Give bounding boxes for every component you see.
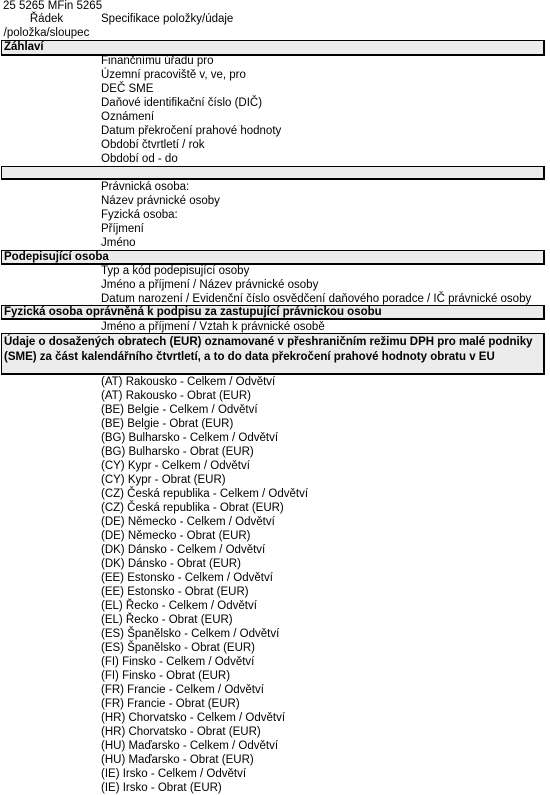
list-item: Jméno bbox=[101, 236, 136, 250]
list-item: (BG) Bulharsko - Celkem / Odvětví bbox=[101, 431, 278, 445]
list-item: Jméno a příjmení / Název právnické osoby bbox=[101, 278, 318, 292]
list-item: (BE) Belgie - Obrat (EUR) bbox=[101, 417, 233, 431]
list-item: Právnická osoba: bbox=[101, 180, 189, 194]
list-item: (CY) Kypr - Celkem / Odvětví bbox=[101, 459, 250, 473]
list-item: (AT) Rakousko - Celkem / Odvětví bbox=[101, 375, 275, 389]
list-item: (EL) Řecko - Celkem / Odvětví bbox=[101, 599, 257, 613]
list-item: (IE) Irsko - Celkem / Odvětví bbox=[101, 767, 246, 781]
list-item: (CY) Kypr - Obrat (EUR) bbox=[101, 473, 226, 487]
list-item: (HR) Chorvatsko - Obrat (EUR) bbox=[101, 725, 261, 739]
list-item: Územní pracoviště v, ve, pro bbox=[101, 68, 246, 82]
list-item: (DK) Dánsko - Obrat (EUR) bbox=[101, 557, 241, 571]
list-item: Daňové identifikační číslo (DIČ) bbox=[101, 96, 262, 110]
column-header-row: Řádek /položka/sloupec bbox=[0, 12, 93, 40]
list-item: (DE) Německo - Obrat (EUR) bbox=[101, 529, 251, 543]
list-item: (FI) Finsko - Celkem / Odvětví bbox=[101, 655, 254, 669]
section-header-empty bbox=[1, 166, 545, 180]
list-item: (FR) Francie - Celkem / Odvětví bbox=[101, 683, 264, 697]
list-item: (IE) Irsko - Obrat (EUR) bbox=[101, 781, 222, 795]
section-header-podepisujici-osoba: Podepisující osoba bbox=[1, 250, 545, 265]
list-item: (BG) Bulharsko - Obrat (EUR) bbox=[101, 445, 254, 459]
list-item: (HR) Chorvatsko - Celkem / Odvětví bbox=[101, 711, 285, 725]
section-header-fyzicka-osoba-opravnena: Fyzická osoba oprávněná k podpisu za zas… bbox=[1, 305, 545, 320]
list-item: (ES) Španělsko - Obrat (EUR) bbox=[101, 641, 255, 655]
section-header-line1: Údaje o dosažených obratech (EUR) oznamo… bbox=[4, 335, 543, 350]
list-item: (HU) Maďarsko - Celkem / Odvětví bbox=[101, 739, 278, 753]
section-header-udaje-o-obratech: Údaje o dosažených obratech (EUR) oznamo… bbox=[1, 333, 545, 375]
list-item: (AT) Rakousko - Obrat (EUR) bbox=[101, 389, 251, 403]
section-header-line2: (SME) za část kalendářního čtvrtletí, a … bbox=[4, 350, 543, 365]
list-item: (ES) Španělsko - Celkem / Odvětví bbox=[101, 627, 279, 641]
list-item: Oznámení bbox=[101, 110, 154, 124]
list-item: Období čtvrtletí / rok bbox=[101, 138, 205, 152]
list-item: (DK) Dánsko - Celkem / Odvětví bbox=[101, 543, 265, 557]
list-item: Finančnímu úřadu pro bbox=[101, 54, 214, 68]
column-header-spec: Specifikace položky/údaje bbox=[101, 12, 233, 26]
list-item: (EE) Estonsko - Celkem / Odvětví bbox=[101, 571, 273, 585]
list-item: Příjmení bbox=[101, 222, 144, 236]
list-item: Název právnické osoby bbox=[101, 194, 220, 208]
list-item: Jméno a příjmení / Vztah k právnické oso… bbox=[101, 320, 325, 334]
column-header-row-line2: /položka/sloupec bbox=[0, 26, 93, 40]
list-item: (EE) Estonsko - Obrat (EUR) bbox=[101, 585, 249, 599]
list-item: (FR) Francie - Obrat (EUR) bbox=[101, 697, 240, 711]
list-item: Typ a kód podepisující osoby bbox=[101, 264, 249, 278]
list-item: (DE) Německo - Celkem / Odvětví bbox=[101, 515, 275, 529]
section-header-zahlavi: Záhlaví bbox=[1, 40, 545, 56]
list-item: Datum narození / Evidenční číslo osvědče… bbox=[101, 292, 531, 306]
list-item: (CZ) Česká republika - Obrat (EUR) bbox=[101, 501, 284, 515]
list-item: Období od - do bbox=[101, 152, 178, 166]
list-item: DEČ SME bbox=[101, 82, 153, 96]
list-item: Datum překročení prahové hodnoty bbox=[101, 124, 281, 138]
list-item: (BE) Belgie - Celkem / Odvětví bbox=[101, 403, 258, 417]
column-header-row-line1: Řádek bbox=[0, 12, 93, 26]
list-item: (EL) Řecko - Obrat (EUR) bbox=[101, 613, 233, 627]
list-item: (HU) Maďarsko - Obrat (EUR) bbox=[101, 753, 254, 767]
list-item: Fyzická osoba: bbox=[101, 208, 178, 222]
list-item: (CZ) Česká republika - Celkem / Odvětví bbox=[101, 487, 308, 501]
list-item: (FI) Finsko - Obrat (EUR) bbox=[101, 669, 230, 683]
